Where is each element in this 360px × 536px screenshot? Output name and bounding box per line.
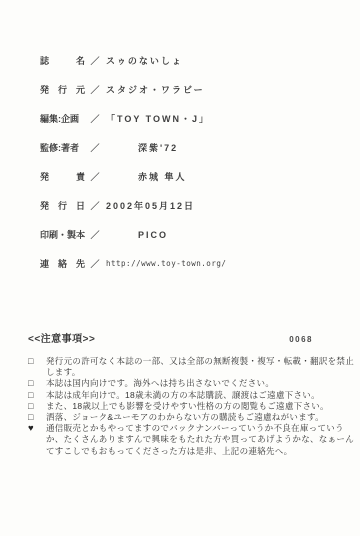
colophon-field-label: 発 行 元: [40, 83, 90, 96]
colophon-field-label: 連 絡 先: [40, 257, 90, 270]
colophon-row: 連 絡 先 ／ http://www.toy-town.org/: [40, 249, 226, 278]
notices-section: <<注意事項>> 0068 □ 発行元の許可なく本誌の一部、又は全部の無断複製・…: [28, 330, 358, 457]
colophon-field-value: スタジオ・ワラビー: [106, 83, 205, 96]
colophon-field-value: 赤城 隼人: [138, 170, 187, 183]
colophon-row: 発 行 元 ／ スタジオ・ワラビー: [40, 75, 226, 104]
colophon-row: 編集:企画 ／ 「TOY TOWN・J」: [40, 104, 226, 133]
notice-text: また、18歳以上でも影響を受けやすい性格の方の閲覧もご遠慮下さい。: [46, 401, 358, 412]
checkbox-icon: □: [28, 390, 39, 401]
colophon-row: 誌 名 ／ スゥのないしょ: [40, 46, 226, 75]
page-number: 0068: [289, 335, 313, 344]
notice-text: 本誌は国内向けです。海外へは持ち出さないでください。: [46, 378, 358, 389]
notices-header: <<注意事項>> 0068: [28, 330, 313, 345]
checkbox-icon: □: [28, 401, 39, 412]
colophon-page: 誌 名 ／ スゥのないしょ 発 行 元 ／ スタジオ・ワラビー 編集:企画 ／ …: [0, 0, 360, 536]
notice-text: 本誌は成年向けで。18歳未満の方の本誌購読、譲渡はご遠慮下さい。: [46, 390, 358, 401]
separator-slash-icon: ／: [90, 257, 100, 270]
separator-slash-icon: ／: [90, 199, 100, 212]
notices-title: <<注意事項>>: [28, 330, 95, 345]
separator-slash-icon: ／: [90, 54, 100, 67]
colophon-field-value: スゥのないしょ: [106, 54, 183, 67]
separator-slash-icon: ／: [90, 141, 100, 154]
colophon-field-label: 誌 名: [40, 54, 90, 67]
notice-item: □ 発行元の許可なく本誌の一部、又は全部の無断複製・複写・転載・翻訳を禁止します…: [28, 356, 358, 378]
notices-list: □ 発行元の許可なく本誌の一部、又は全部の無断複製・複写・転載・翻訳を禁止します…: [28, 356, 358, 457]
heart-icon: ♥: [28, 423, 39, 434]
separator-slash-icon: ／: [90, 112, 100, 125]
notice-item: □ 洒落、ジョーク&ユーモアのわからない方の購読もご遠慮ねがいます。: [28, 412, 358, 423]
notice-item: □ 本誌は国内向けです。海外へは持ち出さないでください。: [28, 378, 358, 389]
notice-text: 洒落、ジョーク&ユーモアのわからない方の購読もご遠慮ねがいます。: [46, 412, 358, 423]
colophon-field-value: PICO: [138, 230, 168, 240]
checkbox-icon: □: [28, 412, 39, 423]
colophon-field-label: 監修:著者: [40, 141, 90, 154]
notice-text: 通信販売とかもやってますのでバックナンバーっていうか不良在庫っていうか、たくさん…: [46, 423, 358, 457]
notice-text: 発行元の許可なく本誌の一部、又は全部の無断複製・複写・転載・翻訳を禁止します。: [46, 356, 358, 378]
colophon-row: 発 責 ／ 赤城 隼人: [40, 162, 226, 191]
colophon-field-label: 編集:企画: [40, 112, 90, 125]
colophon-field-value: 「TOY TOWN・J」: [106, 112, 210, 125]
colophon-field-value: http://www.toy-town.org/: [106, 259, 226, 268]
separator-slash-icon: ／: [90, 83, 100, 96]
colophon-field-label: 発 行 日: [40, 199, 90, 212]
checkbox-icon: □: [28, 378, 39, 389]
colophon-row: 印刷・製本 ／ PICO: [40, 220, 226, 249]
colophon-field-label: 印刷・製本: [40, 228, 90, 241]
colophon-field-label: 発 責: [40, 170, 90, 183]
separator-slash-icon: ／: [90, 228, 100, 241]
separator-slash-icon: ／: [90, 170, 100, 183]
checkbox-icon: □: [28, 356, 39, 367]
colophon-section: 誌 名 ／ スゥのないしょ 発 行 元 ／ スタジオ・ワラビー 編集:企画 ／ …: [40, 46, 226, 278]
colophon-row: 発 行 日 ／ 2002年05月12日: [40, 191, 226, 220]
notice-item: □ 本誌は成年向けで。18歳未満の方の本誌購読、譲渡はご遠慮下さい。: [28, 390, 358, 401]
colophon-field-value: 深紫'72: [138, 141, 178, 154]
colophon-row: 監修:著者 ／ 深紫'72: [40, 133, 226, 162]
colophon-field-value: 2002年05月12日: [106, 199, 195, 212]
notice-item: ♥ 通信販売とかもやってますのでバックナンバーっていうか不良在庫っていうか、たく…: [28, 423, 358, 457]
notice-item: □ また、18歳以上でも影響を受けやすい性格の方の閲覧もご遠慮下さい。: [28, 401, 358, 412]
